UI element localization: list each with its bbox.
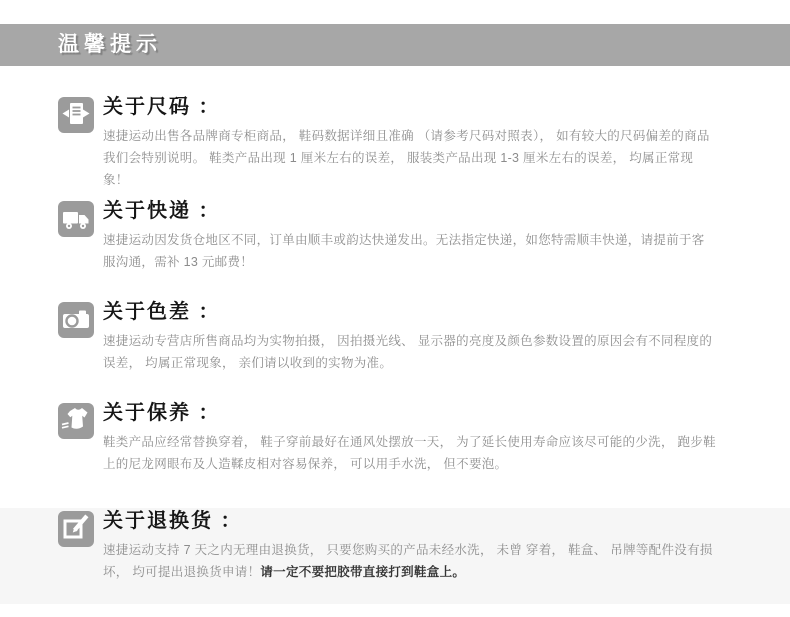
shirt-icon [58,403,94,439]
page-title: 温馨提示 [0,24,790,66]
notice-content: 关于尺码 ： 速捷运动出售各品牌商专柜商品， 鞋码数据详细且准确 （请参考尺码对… [0,66,790,475]
camera-icon [58,302,94,338]
size-chart-icon [58,97,94,133]
tip-section-text: 关于快递 ： 速捷运动因发货仓地区不同，订单由顺丰或韵达快递发出。无法指定快递，… [103,198,717,273]
tip-section-care: 关于保养 ： 鞋类产品应经常替换穿着， 鞋子穿前最好在通风处摆放一天， 为了延长… [58,400,770,475]
tip-title: 关于保养 ： [103,400,717,426]
tip-section-color: 关于色差 ： 速捷运动专营店所售商品均为实物拍摄， 因拍摄光线、 显示器的亮度及… [58,299,770,374]
tip-body: 速捷运动支持 7 天之内无理由退换货， 只要您购买的产品未经水洗， 未曾 穿着，… [103,539,717,583]
truck-icon [58,201,94,237]
notice-header-bar: 温馨提示 [0,24,790,66]
tip-section-shipping: 关于快递 ： 速捷运动因发货仓地区不同，订单由顺丰或韵达快递发出。无法指定快递，… [58,198,770,273]
tip-title: 关于退换货 ： [103,508,717,534]
tip-title: 关于快递 ： [103,198,717,224]
tip-title: 关于尺码 ： [103,94,717,120]
tip-section-returns: 关于退换货 ： 速捷运动支持 7 天之内无理由退换货， 只要您购买的产品未经水洗… [58,508,770,583]
tip-title: 关于色差 ： [103,299,717,325]
tip-body: 速捷运动因发货仓地区不同，订单由顺丰或韵达快递发出。无法指定快递，如您特需顺丰快… [103,229,717,273]
edit-icon [58,511,94,547]
tip-section-text: 关于色差 ： 速捷运动专营店所售商品均为实物拍摄， 因拍摄光线、 显示器的亮度及… [103,299,717,374]
returns-band: 关于退换货 ： 速捷运动支持 7 天之内无理由退换货， 只要您购买的产品未经水洗… [0,508,790,604]
tip-bold-warning: 请一定不要把胶带直接打到鞋盒上。 [260,565,465,579]
tip-body: 鞋类产品应经常替换穿着， 鞋子穿前最好在通风处摆放一天， 为了延长使用寿命应该尽… [103,431,717,475]
tip-section-text: 关于保养 ： 鞋类产品应经常替换穿着， 鞋子穿前最好在通风处摆放一天， 为了延长… [103,400,717,475]
tip-section-text: 关于尺码 ： 速捷运动出售各品牌商专柜商品， 鞋码数据详细且准确 （请参考尺码对… [103,94,717,191]
tip-section-sizing: 关于尺码 ： 速捷运动出售各品牌商专柜商品， 鞋码数据详细且准确 （请参考尺码对… [58,94,770,191]
tip-section-text: 关于退换货 ： 速捷运动支持 7 天之内无理由退换货， 只要您购买的产品未经水洗… [103,508,717,583]
tip-body: 速捷运动出售各品牌商专柜商品， 鞋码数据详细且准确 （请参考尺码对照表）， 如有… [103,125,717,191]
tip-body: 速捷运动专营店所售商品均为实物拍摄， 因拍摄光线、 显示器的亮度及颜色参数设置的… [103,330,717,374]
